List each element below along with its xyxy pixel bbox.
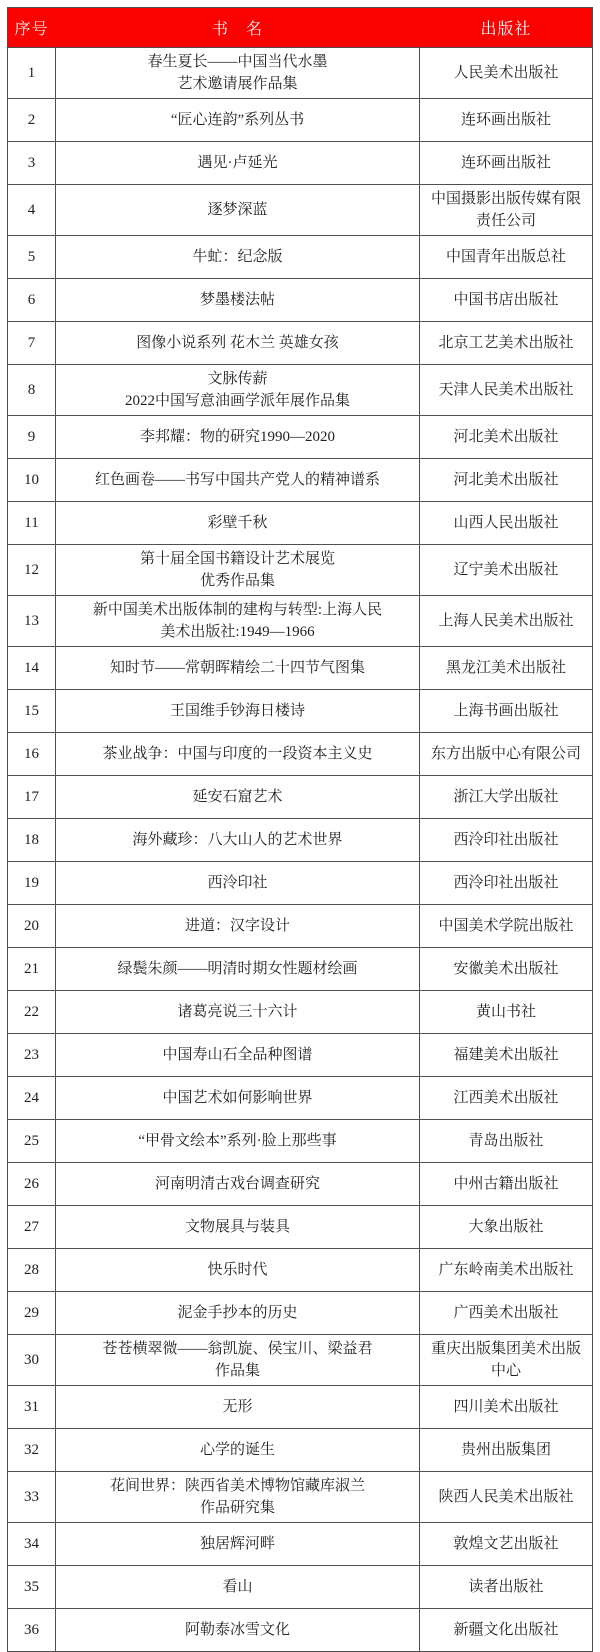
publisher-cell: 江西美术出版社 xyxy=(420,1077,593,1120)
publisher-cell: 连环画出版社 xyxy=(420,142,593,185)
table-header: 序号 书 名 出版社 xyxy=(8,8,593,48)
table-row: 11 彩壁千秋 山西人民出版社 xyxy=(8,502,593,545)
row-number-cell: 34 xyxy=(8,1523,56,1566)
row-number-cell: 7 xyxy=(8,322,56,365)
book-title-cell: 梦墨楼法帖 xyxy=(56,279,420,322)
table-row: 2 “匠心连韵”系列丛书 连环画出版社 xyxy=(8,99,593,142)
publisher-cell: 广西美术出版社 xyxy=(420,1292,593,1335)
book-title-cell: 遇见·卢延光 xyxy=(56,142,420,185)
table-row: 35 看山 读者出版社 xyxy=(8,1566,593,1609)
row-number-cell: 18 xyxy=(8,819,56,862)
table-row: 21 绿鬓朱颜——明清时期女性题材绘画 安徽美术出版社 xyxy=(8,948,593,991)
row-number-cell: 33 xyxy=(8,1472,56,1523)
publisher-cell: 辽宁美术出版社 xyxy=(420,545,593,596)
table-row: 16 茶业战争：中国与印度的一段资本主义史 东方出版中心有限公司 xyxy=(8,733,593,776)
publisher-cell: 中国书店出版社 xyxy=(420,279,593,322)
publisher-cell: 福建美术出版社 xyxy=(420,1034,593,1077)
table-row: 28 快乐时代 广东岭南美术出版社 xyxy=(8,1249,593,1292)
row-number-cell: 2 xyxy=(8,99,56,142)
publisher-cell: 西泠印社出版社 xyxy=(420,862,593,905)
header-publisher: 出版社 xyxy=(420,8,593,48)
row-number-cell: 25 xyxy=(8,1120,56,1163)
publisher-cell: 东方出版中心有限公司 xyxy=(420,733,593,776)
publisher-cell: 新疆文化出版社 xyxy=(420,1609,593,1652)
book-title-cell: 河南明清古戏台调查研究 xyxy=(56,1163,420,1206)
table-body: 1 春生夏长——中国当代水墨 艺术邀请展作品集 人民美术出版社 2 “匠心连韵”… xyxy=(8,48,593,1652)
row-number-cell: 3 xyxy=(8,142,56,185)
table-row: 4 逐梦深蓝 中国摄影出版传媒有限 责任公司 xyxy=(8,185,593,236)
publisher-cell: 人民美术出版社 xyxy=(420,48,593,99)
row-number-cell: 30 xyxy=(8,1335,56,1386)
book-title-cell: 中国寿山石全品种图谱 xyxy=(56,1034,420,1077)
table-row: 33 花间世界：陕西省美术博物馆藏库淑兰 作品研究集 陕西人民美术出版社 xyxy=(8,1472,593,1523)
publisher-cell: 广东岭南美术出版社 xyxy=(420,1249,593,1292)
publisher-cell: 读者出版社 xyxy=(420,1566,593,1609)
row-number-cell: 28 xyxy=(8,1249,56,1292)
book-title-cell: 看山 xyxy=(56,1566,420,1609)
publisher-cell: 上海人民美术出版社 xyxy=(420,596,593,647)
row-number-cell: 36 xyxy=(8,1609,56,1652)
row-number-cell: 31 xyxy=(8,1386,56,1429)
table-row: 23 中国寿山石全品种图谱 福建美术出版社 xyxy=(8,1034,593,1077)
header-row: 序号 书 名 出版社 xyxy=(8,8,593,48)
publisher-cell: 敦煌文艺出版社 xyxy=(420,1523,593,1566)
table-row: 3 遇见·卢延光 连环画出版社 xyxy=(8,142,593,185)
book-title-cell: “甲骨文绘本”系列·脸上那些事 xyxy=(56,1120,420,1163)
table-row: 17 延安石窟艺术 浙江大学出版社 xyxy=(8,776,593,819)
row-number-cell: 6 xyxy=(8,279,56,322)
table-row: 34 独居辉河畔 敦煌文艺出版社 xyxy=(8,1523,593,1566)
row-number-cell: 20 xyxy=(8,905,56,948)
row-number-cell: 12 xyxy=(8,545,56,596)
row-number-cell: 27 xyxy=(8,1206,56,1249)
table-row: 30 苍苍横翠微——翁凯旋、侯宝川、梁益君 作品集 重庆出版集团美术出版 中心 xyxy=(8,1335,593,1386)
table-row: 9 李邦耀：物的研究1990—2020 河北美术出版社 xyxy=(8,416,593,459)
publisher-cell: 黑龙江美术出版社 xyxy=(420,647,593,690)
book-title-cell: 红色画卷——书写中国共产党人的精神谱系 xyxy=(56,459,420,502)
publisher-cell: 贵州出版集团 xyxy=(420,1429,593,1472)
book-title-cell: 王国维手钞海日楼诗 xyxy=(56,690,420,733)
table-row: 8 文脉传薪 2022中国写意油画学派年展作品集 天津人民美术出版社 xyxy=(8,365,593,416)
row-number-cell: 16 xyxy=(8,733,56,776)
table-row: 18 海外藏珍：八大山人的艺术世界 西泠印社出版社 xyxy=(8,819,593,862)
row-number-cell: 9 xyxy=(8,416,56,459)
book-title-cell: 春生夏长——中国当代水墨 艺术邀请展作品集 xyxy=(56,48,420,99)
table-row: 13 新中国美术出版体制的建构与转型:上海人民 美术出版社:1949—1966 … xyxy=(8,596,593,647)
publisher-cell: 四川美术出版社 xyxy=(420,1386,593,1429)
table-row: 25 “甲骨文绘本”系列·脸上那些事 青岛出版社 xyxy=(8,1120,593,1163)
row-number-cell: 29 xyxy=(8,1292,56,1335)
book-title-cell: 第十届全国书籍设计艺术展览 优秀作品集 xyxy=(56,545,420,596)
table-row: 36 阿勒泰冰雪文化 新疆文化出版社 xyxy=(8,1609,593,1652)
row-number-cell: 14 xyxy=(8,647,56,690)
book-title-cell: 苍苍横翠微——翁凯旋、侯宝川、梁益君 作品集 xyxy=(56,1335,420,1386)
table-row: 14 知时节——常朝晖精绘二十四节气图集 黑龙江美术出版社 xyxy=(8,647,593,690)
row-number-cell: 17 xyxy=(8,776,56,819)
book-title-cell: 延安石窟艺术 xyxy=(56,776,420,819)
publisher-cell: 河北美术出版社 xyxy=(420,416,593,459)
publisher-cell: 陕西人民美术出版社 xyxy=(420,1472,593,1523)
table-row: 7 图像小说系列 花木兰 英雄女孩 北京工艺美术出版社 xyxy=(8,322,593,365)
book-title-cell: 茶业战争：中国与印度的一段资本主义史 xyxy=(56,733,420,776)
book-title-cell: 阿勒泰冰雪文化 xyxy=(56,1609,420,1652)
book-title-cell: 绿鬓朱颜——明清时期女性题材绘画 xyxy=(56,948,420,991)
publisher-cell: 大象出版社 xyxy=(420,1206,593,1249)
row-number-cell: 13 xyxy=(8,596,56,647)
book-title-cell: 泥金手抄本的历史 xyxy=(56,1292,420,1335)
book-title-cell: 心学的诞生 xyxy=(56,1429,420,1472)
header-title: 书 名 xyxy=(56,8,420,48)
row-number-cell: 24 xyxy=(8,1077,56,1120)
row-number-cell: 19 xyxy=(8,862,56,905)
table-row: 31 无形 四川美术出版社 xyxy=(8,1386,593,1429)
book-title-cell: “匠心连韵”系列丛书 xyxy=(56,99,420,142)
table-row: 26 河南明清古戏台调查研究 中州古籍出版社 xyxy=(8,1163,593,1206)
table-row: 5 牛虻：纪念版 中国青年出版总社 xyxy=(8,236,593,279)
book-title-cell: 文物展具与装具 xyxy=(56,1206,420,1249)
row-number-cell: 10 xyxy=(8,459,56,502)
row-number-cell: 26 xyxy=(8,1163,56,1206)
row-number-cell: 23 xyxy=(8,1034,56,1077)
row-number-cell: 11 xyxy=(8,502,56,545)
book-title-cell: 文脉传薪 2022中国写意油画学派年展作品集 xyxy=(56,365,420,416)
publisher-cell: 青岛出版社 xyxy=(420,1120,593,1163)
row-number-cell: 8 xyxy=(8,365,56,416)
publisher-cell: 中国青年出版总社 xyxy=(420,236,593,279)
book-title-cell: 中国艺术如何影响世界 xyxy=(56,1077,420,1120)
publisher-cell: 黄山书社 xyxy=(420,991,593,1034)
book-title-cell: 李邦耀：物的研究1990—2020 xyxy=(56,416,420,459)
book-title-cell: 诸葛亮说三十六计 xyxy=(56,991,420,1034)
publisher-cell: 河北美术出版社 xyxy=(420,459,593,502)
publisher-cell: 山西人民出版社 xyxy=(420,502,593,545)
row-number-cell: 15 xyxy=(8,690,56,733)
book-title-cell: 无形 xyxy=(56,1386,420,1429)
table-row: 1 春生夏长——中国当代水墨 艺术邀请展作品集 人民美术出版社 xyxy=(8,48,593,99)
book-title-cell: 彩壁千秋 xyxy=(56,502,420,545)
publisher-cell: 天津人民美术出版社 xyxy=(420,365,593,416)
table-row: 6 梦墨楼法帖 中国书店出版社 xyxy=(8,279,593,322)
row-number-cell: 35 xyxy=(8,1566,56,1609)
book-title-cell: 海外藏珍：八大山人的艺术世界 xyxy=(56,819,420,862)
publisher-cell: 北京工艺美术出版社 xyxy=(420,322,593,365)
row-number-cell: 1 xyxy=(8,48,56,99)
publisher-cell: 重庆出版集团美术出版 中心 xyxy=(420,1335,593,1386)
book-title-cell: 独居辉河畔 xyxy=(56,1523,420,1566)
row-number-cell: 22 xyxy=(8,991,56,1034)
publisher-cell: 中国美术学院出版社 xyxy=(420,905,593,948)
row-number-cell: 21 xyxy=(8,948,56,991)
book-title-cell: 新中国美术出版体制的建构与转型:上海人民 美术出版社:1949—1966 xyxy=(56,596,420,647)
publisher-cell: 上海书画出版社 xyxy=(420,690,593,733)
row-number-cell: 32 xyxy=(8,1429,56,1472)
row-number-cell: 5 xyxy=(8,236,56,279)
table-row: 15 王国维手钞海日楼诗 上海书画出版社 xyxy=(8,690,593,733)
table-row: 24 中国艺术如何影响世界 江西美术出版社 xyxy=(8,1077,593,1120)
books-table: 序号 书 名 出版社 1 春生夏长——中国当代水墨 艺术邀请展作品集 人民美术出… xyxy=(7,7,593,1652)
book-title-cell: 花间世界：陕西省美术博物馆藏库淑兰 作品研究集 xyxy=(56,1472,420,1523)
table-row: 27 文物展具与装具 大象出版社 xyxy=(8,1206,593,1249)
table-row: 20 进道：汉字设计 中国美术学院出版社 xyxy=(8,905,593,948)
table-row: 29 泥金手抄本的历史 广西美术出版社 xyxy=(8,1292,593,1335)
book-title-cell: 西泠印社 xyxy=(56,862,420,905)
table-row: 10 红色画卷——书写中国共产党人的精神谱系 河北美术出版社 xyxy=(8,459,593,502)
row-number-cell: 4 xyxy=(8,185,56,236)
book-title-cell: 进道：汉字设计 xyxy=(56,905,420,948)
book-title-cell: 牛虻：纪念版 xyxy=(56,236,420,279)
book-title-cell: 图像小说系列 花木兰 英雄女孩 xyxy=(56,322,420,365)
publisher-cell: 中州古籍出版社 xyxy=(420,1163,593,1206)
publisher-cell: 西泠印社出版社 xyxy=(420,819,593,862)
publisher-cell: 浙江大学出版社 xyxy=(420,776,593,819)
publisher-cell: 连环画出版社 xyxy=(420,99,593,142)
header-no: 序号 xyxy=(8,8,56,48)
publisher-cell: 安徽美术出版社 xyxy=(420,948,593,991)
publisher-cell: 中国摄影出版传媒有限 责任公司 xyxy=(420,185,593,236)
table-row: 22 诸葛亮说三十六计 黄山书社 xyxy=(8,991,593,1034)
table-row: 19 西泠印社 西泠印社出版社 xyxy=(8,862,593,905)
table-row: 12 第十届全国书籍设计艺术展览 优秀作品集 辽宁美术出版社 xyxy=(8,545,593,596)
book-title-cell: 知时节——常朝晖精绘二十四节气图集 xyxy=(56,647,420,690)
book-title-cell: 逐梦深蓝 xyxy=(56,185,420,236)
table-row: 32 心学的诞生 贵州出版集团 xyxy=(8,1429,593,1472)
book-title-cell: 快乐时代 xyxy=(56,1249,420,1292)
